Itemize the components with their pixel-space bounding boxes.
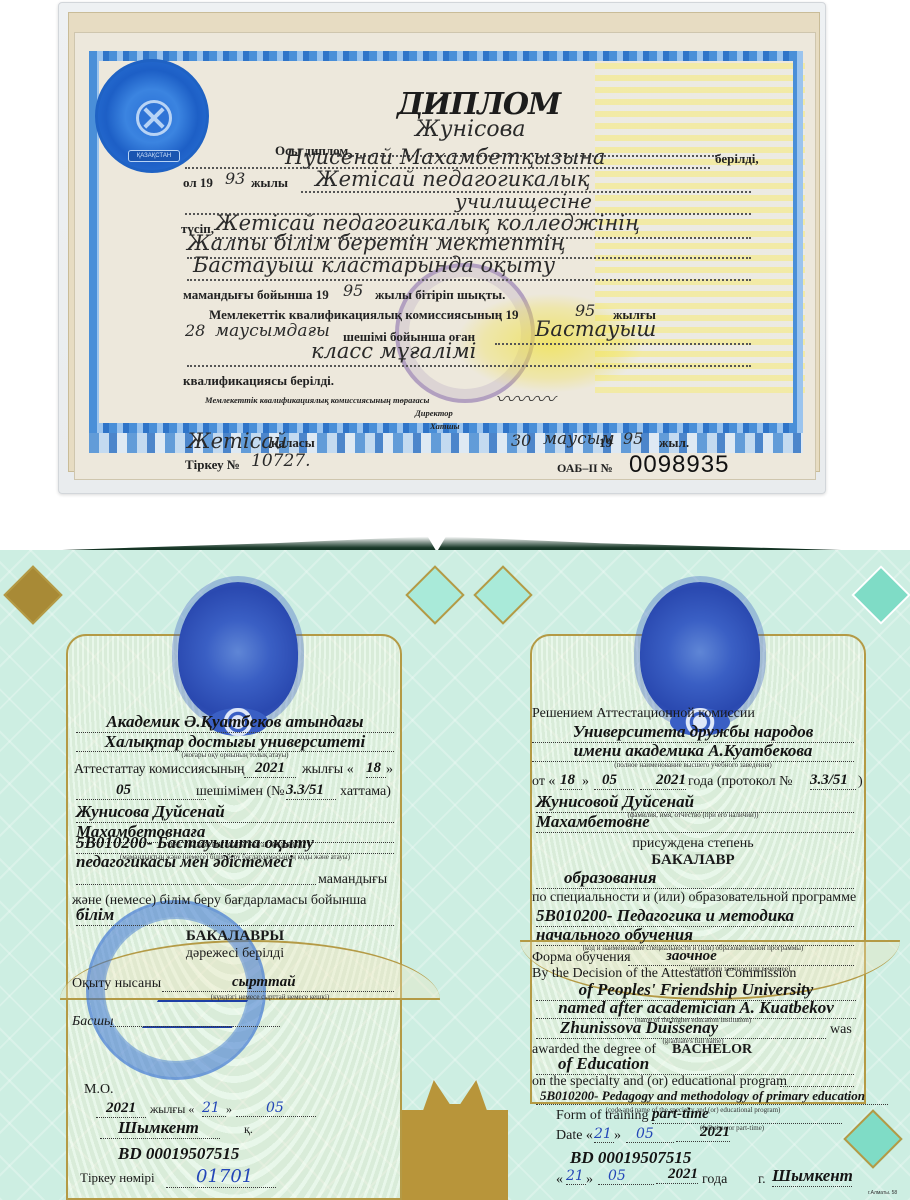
reg-number: 10727. (251, 451, 310, 471)
left-serial: BD 00019507515 (118, 1144, 239, 1164)
right-year: 2021 (640, 772, 686, 790)
grad-prefix: мамандығы бойынша 19 (183, 287, 329, 303)
issue-day: 30 (511, 431, 531, 450)
left-study-form-caption: (күндізгі немесе сырттай немесе кешкі) (150, 993, 390, 1001)
left-year: 2021 (244, 760, 296, 778)
right-issue-close: » (586, 1172, 593, 1188)
right-serial: BD 00019507515 (570, 1148, 691, 1168)
en-form: part-time (652, 1106, 842, 1124)
left-university-caption: (жоғары оқу орнының толық атауы) (70, 751, 400, 759)
left-degree: БАКАЛАВРЫ (70, 928, 400, 945)
en-date-month: 05 (626, 1126, 674, 1143)
dotted-line (780, 1086, 854, 1087)
serial-number: 0098935 (629, 451, 729, 479)
right-issue-month: 05 (598, 1168, 654, 1185)
left-degree-suffix: дәрежесі берілді (70, 946, 400, 962)
right-date-prefix: от « (532, 774, 555, 790)
right-decision-label: Решением Аттестационной комиссии (532, 706, 755, 722)
right-name-line2: Махамбетовне (536, 812, 854, 833)
right-university-line2: имени академика А.Куатбекова (532, 741, 854, 762)
left-reg-label: Тіркеу нөмірі (80, 1170, 155, 1186)
right-day-close: » (582, 774, 589, 790)
right-issue-year: 2021 (656, 1166, 698, 1184)
qualification-line1: Бастауыш (535, 317, 656, 341)
left-head-label: Басшы (72, 1014, 114, 1030)
left-day-close: » (386, 762, 393, 778)
left-program-line2: педагогикасы мен әдістемесі (76, 852, 293, 872)
left-protocol-suffix: хаттама) (340, 784, 391, 800)
shanyrak-icon (136, 100, 172, 136)
left-commission-text: Аттестаттау комиссиясының (74, 762, 245, 778)
surname: Жунісова (415, 117, 526, 142)
right-issue-year-suffix: года (702, 1172, 727, 1188)
line6-text: Жалпы білім беретін мектептің (187, 231, 566, 255)
reg-label: Тіркеу № (185, 457, 240, 473)
right-protocol: 3.3/51 (810, 772, 856, 790)
rosette-ornament-icon (178, 582, 298, 722)
city-suffix: қаласы (271, 435, 315, 451)
left-issue-year-suffix: жылғы « (150, 1102, 194, 1117)
en-field: of Education (536, 1054, 854, 1075)
right-name-line1: Жунисовой Дуйсенай (536, 792, 854, 813)
en-name: Zhunissova Duissenay (536, 1018, 826, 1039)
left-program-line1: 5B010200- Бастауышта оқыту (76, 833, 394, 854)
left-city: Шымкент (100, 1118, 220, 1139)
issue-year-suffix: жыл. (659, 435, 689, 451)
left-field: білім (76, 905, 394, 926)
institution-line2: училищесіне (455, 189, 592, 213)
left-study-form: сырттай (162, 974, 394, 992)
left-name-line1: Жунисова Дуйсенай (76, 802, 394, 823)
old-diploma: ҚАЗАҚСТАН ДИПЛОМ Жунісова Осы диплом Нуи… (74, 32, 816, 480)
left-issue-day: 21 (202, 1100, 226, 1117)
rosette-ornament-icon (640, 582, 760, 722)
right-degree: БАКАЛАВР (532, 852, 854, 869)
line2-suffix: берілді, (715, 151, 759, 167)
grad-year: 95 (343, 281, 363, 300)
en-date-label: Date « (556, 1128, 593, 1144)
left-day: 18 (366, 760, 386, 778)
left-reg-number: 01701 (166, 1166, 276, 1188)
en-date-year: 2021 (676, 1124, 730, 1142)
dotted-line (495, 343, 751, 345)
en-date-day: 21 (594, 1126, 614, 1143)
left-year-suffix: жылғы « (302, 762, 354, 778)
commission-day: 28 (185, 321, 205, 340)
qualification-line2: класс мұғалімі (311, 339, 476, 363)
right-university-caption: (полное наименование высшего учебного за… (532, 761, 854, 769)
qualification-suffix: квалификациясы берілді. (183, 373, 334, 389)
right-protocol-close: ) (858, 774, 863, 790)
right-issue-day: 21 (566, 1168, 586, 1185)
left-issue-year: 2021 (96, 1100, 146, 1118)
line3-prefix: ол 19 (183, 175, 213, 191)
left-month: 05 (76, 782, 206, 800)
left-specialty-suffix: мамандығы (318, 872, 387, 888)
signature-line (110, 1026, 280, 1027)
right-field: образования (536, 868, 854, 889)
line3-mid: жылы (251, 175, 288, 191)
director-label: Директор (415, 408, 453, 418)
right-day: 18 (560, 772, 582, 790)
book-fold-shadow (0, 530, 910, 552)
right-program-label: по специальности и (или) образовательной… (532, 890, 856, 906)
grad-suffix: жылы бітіріп шықты. (375, 287, 505, 303)
printer-mark: г.Алматы. 58 (868, 1190, 897, 1196)
issue-year: 95 (623, 429, 643, 448)
left-study-form-label: Оқыту нысаны (72, 976, 161, 992)
right-month: 05 (594, 772, 634, 790)
issue-year-prefix: 19 (599, 435, 612, 451)
en-program: 5B010200- Pedagogy and methodology of pr… (536, 1088, 888, 1105)
entry-year: 93 (225, 169, 245, 188)
head-signature (142, 1000, 248, 1028)
left-seal-label: М.О. (84, 1082, 114, 1098)
right-program-line2: начального обучения (536, 925, 854, 946)
series-label: ОАБ–II № (557, 461, 613, 476)
en-was: was (830, 1022, 852, 1038)
right-awarded-label: присуждена степень (532, 836, 854, 852)
chair-label: Мемлекеттік квалификациялық комиссиясыны… (205, 395, 429, 405)
right-program-line1: 5B010200- Педагогика и методика (536, 906, 854, 927)
commission-month: маусымдағы (215, 321, 330, 341)
right-university-line1: Университета дружбы народов (532, 722, 854, 743)
en-date-close: » (614, 1128, 621, 1144)
line7-text: Бастауыш кластарында оқыту (193, 253, 555, 277)
left-university-line2: Халықтар достығы университеті (70, 732, 400, 752)
institution-line1: Жетісай педагогикалық (315, 167, 590, 191)
right-study-form-label: Форма обучения (532, 950, 631, 966)
given-name: Нуисенай Махамбетқызына (285, 145, 605, 169)
en-form-label: Form of training (556, 1108, 649, 1124)
right-city-prefix: г. (758, 1172, 766, 1188)
chair-signature: 〰〰〰 (495, 383, 555, 412)
dotted-line (187, 365, 751, 367)
emblem-label: ҚАЗАҚСТАН (128, 150, 180, 162)
left-city-suffix: қ. (244, 1122, 253, 1137)
right-study-form: заочное (628, 948, 854, 966)
right-issue-open: « (556, 1172, 563, 1188)
dotted-line (76, 884, 316, 885)
left-issue-day-close: » (226, 1102, 232, 1117)
left-issue-month: 05 (236, 1100, 316, 1117)
left-university-line1: Академик Ә.Қуатбеков атындағы (70, 712, 400, 732)
right-protocol-prefix: года (протокол № (688, 774, 792, 790)
left-decision-text: шешімімен (№ (196, 784, 285, 800)
right-city: Шымкент (772, 1166, 852, 1187)
kazakhstan-emblem-icon: ҚАЗАҚСТАН (95, 59, 209, 173)
secretary-label: Хатшы (430, 421, 460, 431)
left-protocol: 3.3/51 (286, 782, 336, 800)
dotted-line (187, 279, 751, 281)
